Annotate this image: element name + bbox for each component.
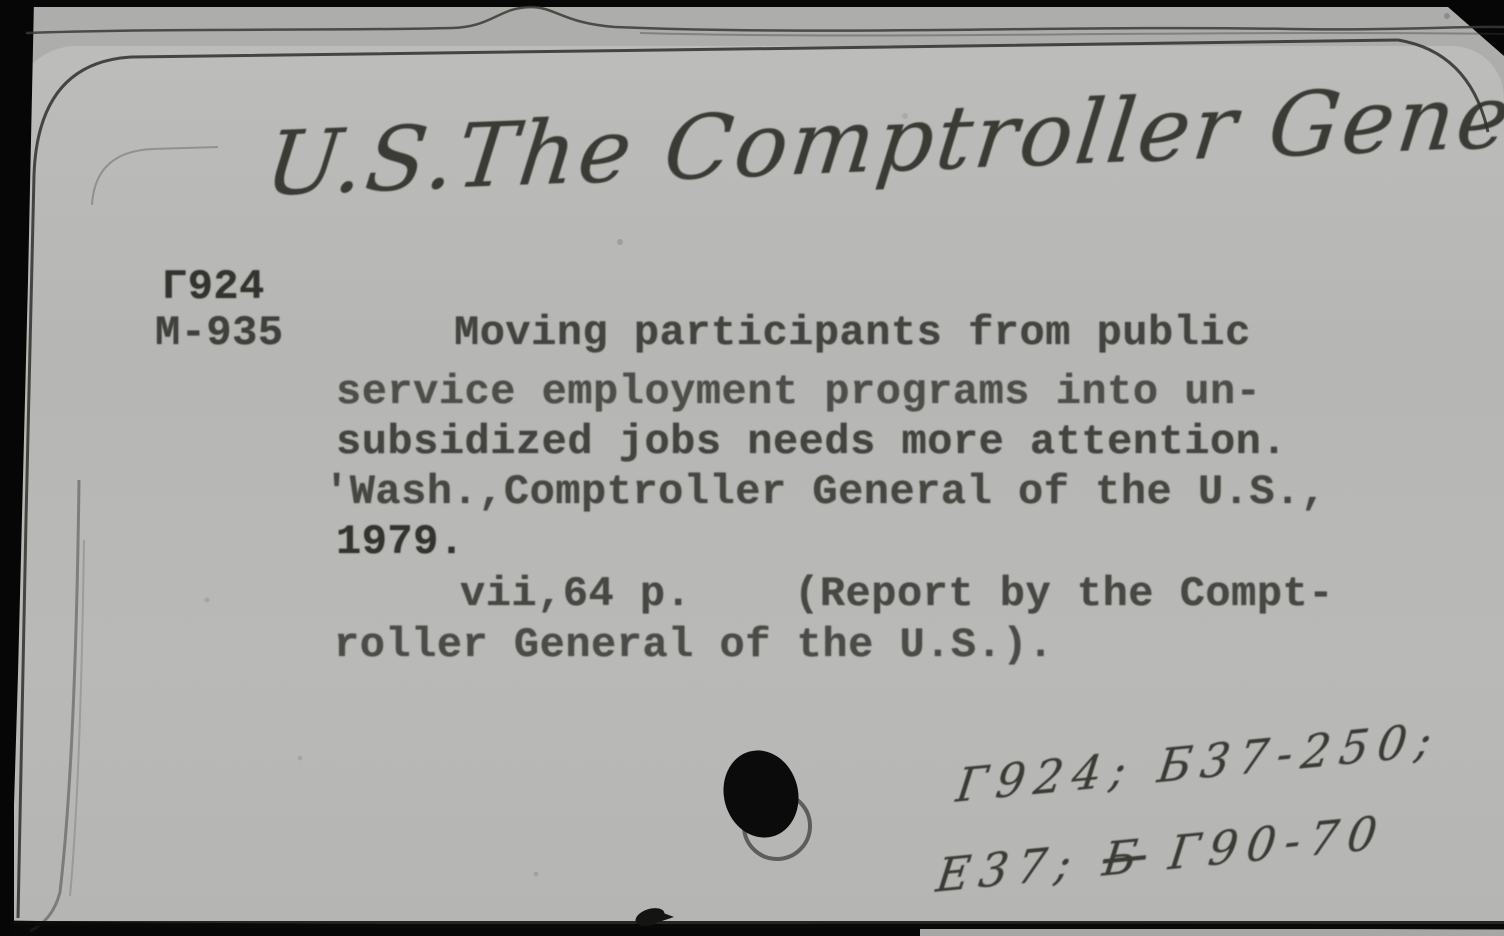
call-number: M-935 bbox=[155, 312, 284, 354]
card-below-edge bbox=[920, 929, 1504, 936]
shelf-code-text: Е37; bbox=[933, 832, 1107, 903]
catalog-card: U.S.The Comptroller General Г924 M-935 M… bbox=[14, 46, 1504, 924]
shelf-code-text: Г90-70 bbox=[1142, 805, 1389, 883]
entry-line: roller General of the U.S.). bbox=[334, 624, 1054, 666]
entry-line: vii,64 p. (Report by the Compt- bbox=[460, 573, 1334, 615]
catalog-card-scan: U.S.The Comptroller General Г924 M-935 M… bbox=[0, 0, 1504, 936]
shelf-codes-line-2: Е37; Б Г90-70 bbox=[934, 809, 1389, 899]
entry-line: 'Wash.,Comptroller General of the U.S., bbox=[324, 471, 1326, 513]
entry-line: Moving participants from public bbox=[454, 312, 1251, 354]
entry-line: service employment programs into un- bbox=[336, 371, 1261, 413]
entry-line: 1979. bbox=[336, 521, 465, 563]
entry-line: subsidized jobs needs more attention. bbox=[336, 421, 1287, 463]
handwritten-heading: U.S.The Comptroller General bbox=[261, 67, 1504, 208]
shelf-codes-line-1: Г924; Б37-250; bbox=[954, 715, 1443, 808]
call-number-prefix: Г924 bbox=[162, 266, 265, 308]
